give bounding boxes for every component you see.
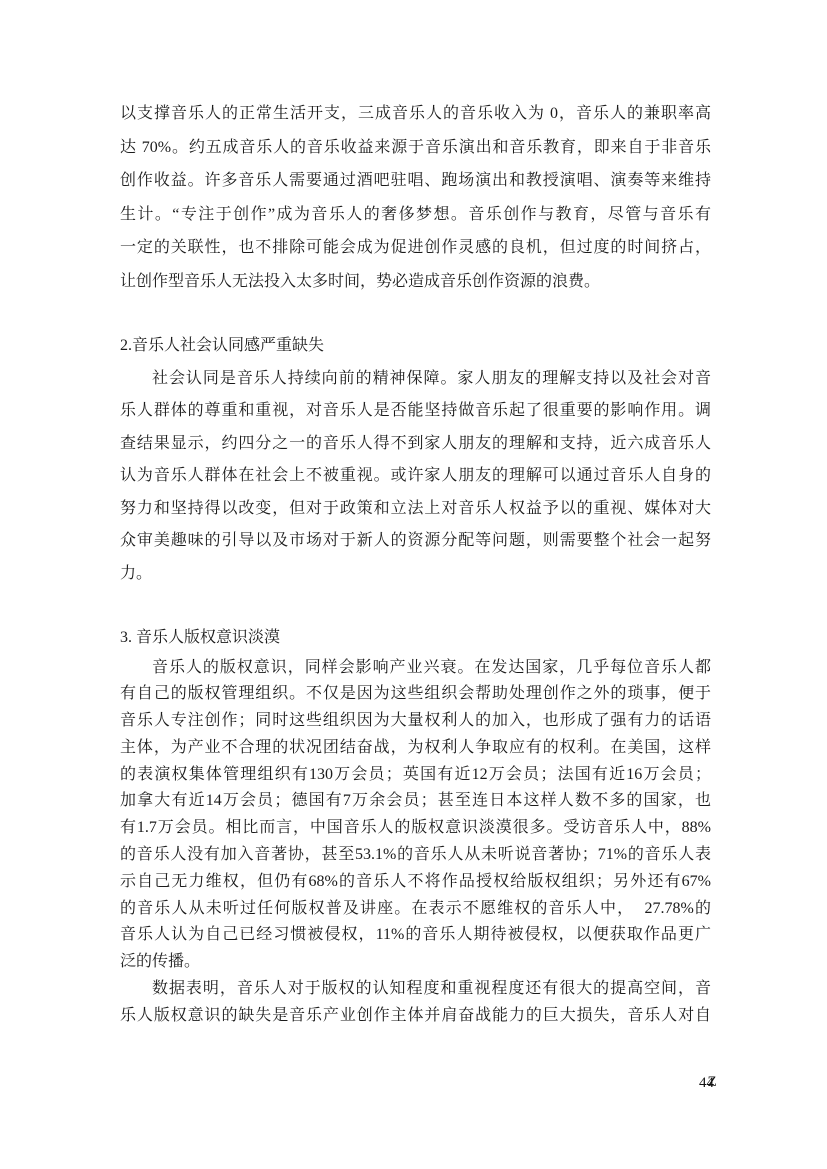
para-social-identity: 社会认同是音乐人持续向前的精神保障。家人朋友的理解支持以及社会对音乐人群体的尊重…: [120, 363, 711, 591]
page-number-digit-1: 4: [699, 1075, 707, 1091]
text-line: 努力和坚持得以改变，但对于政策和立法上对音乐人权益予以的重视、媒体对大: [120, 493, 711, 526]
text-line: 社会认同是音乐人持续向前的精神保障。家人朋友的理解支持以及社会对音: [120, 363, 711, 396]
text-line: 音乐人专注创作；同时这些组织因为大量权利人的加入，也形成了强有力的话语: [120, 708, 711, 735]
text-line: 达 70%。约五成音乐人的音乐收益来源于音乐演出和音乐教育，即来自于非音乐: [120, 131, 711, 165]
para-data-summary: 数据表明，音乐人对于版权的认知程度和重视程度还有很大的提高空间，音乐人版权意识的…: [120, 976, 711, 1030]
text-line: 有1.7万会员。相比而言，中国音乐人的版权意识淡漠很多。受访音乐人中，88%: [120, 815, 711, 842]
page-number-overlay-glyph: Z: [708, 1073, 717, 1091]
text-line: 示自己无力维权，但仍有68%的音乐人不将作品授权给版权组织；另外还有67%: [120, 869, 711, 896]
para-opening: 以支撑音乐人的正常生活开支，三成音乐人的音乐收入为 0，音乐人的兼职率高达 70…: [120, 97, 711, 298]
text-line: 主体，为产业不合理的状况团结奋战，为权利人争取应有的权利。在美国，这样: [120, 735, 711, 762]
text-line: 众审美趣味的引导以及市场对于新人的资源分配等问题，则需要整个社会一起努: [120, 525, 711, 558]
text-line: 的表演权集体管理组织有130万会员；英国有近12万会员；法国有近16万会员；: [120, 762, 711, 789]
text-line: 创作收益。许多音乐人需要通过酒吧驻唱、跑场演出和教授演唱、演奏等来维持: [120, 164, 711, 198]
heading-copyright-awareness: 3. 音乐人版权意识淡漠: [120, 621, 711, 655]
text-line: 的音乐人从未听过任何版权普及讲座。在表示不愿维权的音乐人中， 27.78%的: [120, 896, 711, 923]
text-line: 生计。“专注于创作”成为音乐人的奢侈梦想。音乐创作与教育，尽管与音乐有: [120, 198, 711, 232]
text-line: 音乐人认为自己已经习惯被侵权，11%的音乐人期待被侵权，以便获取作品更广: [120, 922, 711, 949]
text-line: 数据表明，音乐人对于版权的认知程度和重视程度还有很大的提高空间，音: [120, 976, 711, 1003]
page-number: 44Z: [699, 1075, 714, 1091]
text-line: 让创作型音乐人无法投入太多时间，势必造成音乐创作资源的浪费。: [120, 265, 711, 299]
text-line: 音乐人的版权意识，同样会影响产业兴衰。在发达国家，几乎每位音乐人都: [120, 655, 711, 682]
text-line: 认为音乐人群体在社会上不被重视。或许家人朋友的理解可以通过音乐人自身的: [120, 460, 711, 493]
text-line: 以支撑音乐人的正常生活开支，三成音乐人的音乐收入为 0，音乐人的兼职率高: [120, 97, 711, 131]
text-line: 乐人版权意识的缺失是音乐产业创作主体并肩奋战能力的巨大损失，音乐人对自: [120, 1003, 711, 1030]
text-line: 泛的传播。: [120, 949, 711, 976]
text-line: 查结果显示，约四分之一的音乐人得不到家人朋友的理解和支持，近六成音乐人: [120, 428, 711, 461]
text-line: 有自己的版权管理组织。不仅是因为这些组织会帮助处理创作之外的琐事，便于: [120, 681, 711, 708]
para-copyright-awareness: 音乐人的版权意识，同样会影响产业兴衰。在发达国家，几乎每位音乐人都有自己的版权管…: [120, 655, 711, 977]
text-line: 加拿大有近14万会员；德国有7万余会员；甚至连日本这样人数不多的国家，也: [120, 788, 711, 815]
document-body: 以支撑音乐人的正常生活开支，三成音乐人的音乐收入为 0，音乐人的兼职率高达 70…: [120, 97, 711, 1030]
text-line: 一定的关联性，也不排除可能会成为促进创作灵感的良机，但过度的时间挤占，: [120, 231, 711, 265]
text-line: 的音乐人没有加入音著协，甚至53.1%的音乐人从未听说音著协；71%的音乐人表: [120, 842, 711, 869]
text-line: 力。: [120, 558, 711, 591]
page-footer: 44Z: [699, 1074, 714, 1092]
text-line: 乐人群体的尊重和重视，对音乐人是否能坚持做音乐起了很重要的影响作用。调: [120, 395, 711, 428]
heading-social-identity: 2.音乐人社会认同感严重缺失: [120, 329, 711, 363]
